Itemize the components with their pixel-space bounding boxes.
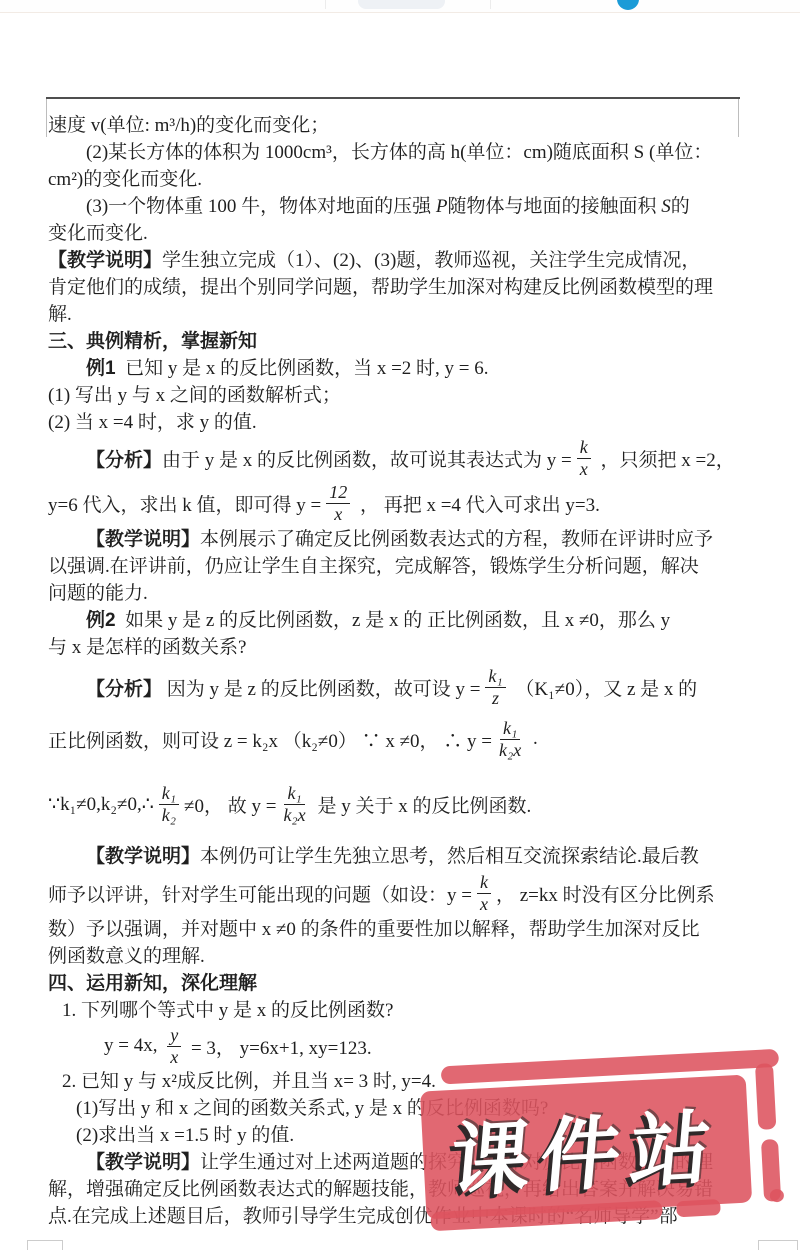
doc-line: 速度 v(单位: m³/h)的变化而变化； xyxy=(48,112,748,139)
line-text: (2) 当 x =4 时，求 y 的值. xyxy=(48,412,257,433)
line-text: 与 x 是怎样的函数关系? xyxy=(48,637,246,658)
avatar[interactable] xyxy=(617,0,639,10)
line-text: 问题的能力. xyxy=(48,583,148,604)
section-heading: 四、运用新知，深化理解 xyxy=(48,970,748,997)
fraction-denominator: k₂ xyxy=(160,805,178,825)
next-page-corner-left xyxy=(27,1240,63,1250)
line-text: 变化而变化. xyxy=(48,223,148,244)
doc-line: 以强调.在评讲前，仍应让学生自主探究，完成解答，锻炼学生分析问题，解决 xyxy=(48,553,748,580)
line-text: = 3， y=6x+1, xy=123. xyxy=(186,1033,371,1060)
stamp-dot xyxy=(770,1189,785,1203)
line-text: ∵k₁≠0,k₂≠0,∴ xyxy=(48,793,154,816)
fraction: k₁k₂x xyxy=(281,783,307,824)
bold-label: 【分析】 xyxy=(86,674,162,701)
line-text: 三、典例精析，掌握新知 xyxy=(48,331,257,352)
page-left-edge xyxy=(46,99,47,137)
line-text: 数）予以强调，并对题中 x ≠0 的条件的重要性加以解释，帮助学生加深对反比 xyxy=(48,919,700,940)
line-text: (1) 写出 y 与 x 之间的函数解析式； xyxy=(48,385,341,406)
bold-label: 【教学说明】 xyxy=(86,846,200,867)
fraction-numerator: k₁ xyxy=(159,783,179,804)
fraction-numerator: k xyxy=(477,872,491,893)
doc-line: (1)写出 y 和 x 之间的函数关系式, y 是 x 的反比例函数吗? xyxy=(48,1095,748,1122)
bold-label: 【教学说明】 xyxy=(86,529,200,550)
fraction-numerator: k₁ xyxy=(485,666,505,687)
doc-line: 问题的能力. xyxy=(48,580,748,607)
doc-line: 肯定他们的成绩，提出个别同学问题，帮助学生加深对构建反比例函数模型的理 xyxy=(48,274,748,301)
doc-line: 【教学说明】让学生通过对上述两道题的探究，加深对反比例函数意义的理 xyxy=(48,1149,748,1176)
fraction-denominator: k₂x xyxy=(497,740,523,760)
doc-line: (2)某长方体的体积为 1000cm³，长方体的高 h(单位：cm)随底面积 S… xyxy=(48,139,748,166)
doc-line-formula: 正比例函数，则可设 z = k₂x （k₂≠0） ∵ x ≠0， ∴ y =k₁… xyxy=(48,713,748,765)
line-text: 速度 v(单位: m³/h)的变化而变化； xyxy=(48,115,329,136)
fraction-denominator: x xyxy=(478,894,490,914)
fraction-numerator: k₁ xyxy=(284,783,304,804)
line-text: y=6 代入，求出 k 值，即可得 y = xyxy=(48,490,321,517)
line-text: cm²)的变化而变化. xyxy=(48,169,202,190)
line-text: (3)一个物体重 100 牛，物体对地面的压强 xyxy=(86,196,436,217)
fraction: k₁k₂x xyxy=(497,718,523,759)
line-text: 解，增强确定反比例函数表达式的解题技能，教师巡视，再给出答案并解决易错 xyxy=(48,1179,713,1200)
fraction: k₁z xyxy=(485,666,505,707)
line-text: . xyxy=(528,728,538,750)
line-text: 肯定他们的成绩，提出个别同学问题，帮助学生加深对构建反比例函数模型的理 xyxy=(48,277,713,298)
line-text: 1. 下列哪个等式中 y 是 x 的反比例函数? xyxy=(62,1000,393,1021)
fraction-denominator: x xyxy=(578,459,590,479)
line-text: 本例仍可让学生先独立思考，然后相互交流探索结论.最后教 xyxy=(200,846,699,867)
chrome-separator xyxy=(325,0,326,9)
doc-line: 【教学说明】本例仍可让学生先独立思考，然后相互交流探索结论.最后教 xyxy=(48,843,748,870)
fraction-denominator: k₂x xyxy=(281,805,307,825)
fraction: yx xyxy=(167,1025,181,1066)
doc-line: (3)一个物体重 100 牛，物体对地面的压强 P随物体与地面的接触面积 S的 xyxy=(48,193,748,220)
page-top-border xyxy=(46,97,740,99)
stamp-border-right xyxy=(761,1139,781,1202)
chrome-separator xyxy=(490,0,491,9)
line-text: ，只须把 x =2， xyxy=(596,445,735,472)
line-text: ， z=kx 时没有区分比例系 xyxy=(496,880,715,907)
doc-line: 例1 已知 y 是 x 的反比例函数，当 x =2 时, y = 6. xyxy=(48,355,748,382)
line-text: （K₁≠0），又 z 是 x 的 xyxy=(511,674,697,701)
line-text: 的 xyxy=(671,196,690,217)
doc-line-formula: y=6 代入，求出 k 值，即可得 y =12x ， 再把 x =4 代入可求出… xyxy=(48,480,748,526)
doc-line: (2) 当 x =4 时，求 y 的值. xyxy=(48,409,748,436)
line-text: 点.在完成上述题目后，教师引导学生完成创优作业中本课时的“名师导学”部 xyxy=(48,1206,678,1227)
line-text: (2)求出当 x =1.5 时 y 的值. xyxy=(76,1125,294,1146)
line-text: 2. 已知 y 与 x²成反比例，并且当 x= 3 时, y=4. xyxy=(62,1071,436,1092)
screen: 速度 v(单位: m³/h)的变化而变化； (2)某长方体的体积为 1000cm… xyxy=(0,0,800,1250)
fraction-numerator: k xyxy=(577,437,591,458)
doc-line: (2)求出当 x =1.5 时 y 的值. xyxy=(48,1122,748,1149)
doc-line: 数）予以强调，并对题中 x ≠0 的条件的重要性加以解释，帮助学生加深对反比 xyxy=(48,916,748,943)
doc-line: 与 x 是怎样的函数关系? xyxy=(48,634,748,661)
line-text: 解. xyxy=(48,304,72,325)
doc-line: (1) 写出 y 与 x 之间的函数解析式； xyxy=(48,382,748,409)
bold-label: 【教学说明】 xyxy=(48,250,162,271)
bold-label: 【教学说明】 xyxy=(86,1152,200,1173)
line-text: y = 4x, xyxy=(104,1035,162,1057)
line-text: 已知 y 是 x 的反比例函数，当 x =2 时, y = 6. xyxy=(116,358,489,379)
line-text: (1)写出 y 和 x 之间的函数关系式, y 是 x 的反比例函数吗? xyxy=(76,1098,548,1119)
doc-line: 例函数意义的理解. xyxy=(48,943,748,970)
line-text: 例函数意义的理解. xyxy=(48,946,205,967)
line-text: 是 y 关于 x 的反比例函数. xyxy=(313,791,532,818)
doc-line: 变化而变化. xyxy=(48,220,748,247)
doc-line: 解. xyxy=(48,301,748,328)
document-body: 速度 v(单位: m³/h)的变化而变化； (2)某长方体的体积为 1000cm… xyxy=(48,112,748,1230)
fraction-denominator: x xyxy=(332,504,344,524)
fraction-numerator: 12 xyxy=(326,482,350,503)
line-text: ， 再把 x =4 代入可求出 y=3. xyxy=(355,490,600,517)
math-var: S xyxy=(661,196,671,217)
doc-line: 1. 下列哪个等式中 y 是 x 的反比例函数? xyxy=(48,997,748,1024)
line-text: 四、运用新知，深化理解 xyxy=(48,973,257,994)
stamp-border-right xyxy=(755,1063,776,1130)
doc-line-formula: y = 4x, yx = 3， y=6x+1, xy=123. xyxy=(48,1024,748,1068)
line-text: 学生独立完成（1）、(2)、(3)题，教师巡视，关注学生完成情况， xyxy=(162,250,700,271)
line-text: ≠0， 故 y = xyxy=(184,791,276,818)
fraction: kx xyxy=(577,437,591,478)
fraction-numerator: k₁ xyxy=(500,718,520,739)
math-var: P xyxy=(436,196,448,217)
line-text: (2)某长方体的体积为 1000cm³，长方体的高 h(单位：cm)随底面积 S… xyxy=(86,142,712,163)
doc-line: 2. 已知 y 与 x²成反比例，并且当 x= 3 时, y=4. xyxy=(48,1068,748,1095)
fraction-denominator: z xyxy=(490,688,501,708)
doc-line-formula: 师予以评讲，针对学生可能出现的问题（如设：y =kx， z=kx 时没有区分比例… xyxy=(48,870,748,916)
bold-label: 【分析】 xyxy=(86,445,162,472)
doc-line-formula: ∵k₁≠0,k₂≠0,∴k₁k₂≠0， 故 y =k₁k₂x 是 y 关于 x … xyxy=(48,777,748,831)
fraction: k₁k₂ xyxy=(159,783,179,824)
doc-line: 【教学说明】本例展示了确定反比例函数表达式的方程，教师在评讲时应予 xyxy=(48,526,748,553)
fraction-numerator: y xyxy=(167,1025,181,1046)
fraction-denominator: x xyxy=(168,1047,180,1067)
line-text: 师予以评讲，针对学生可能出现的问题（如设：y = xyxy=(48,880,472,907)
line-text: 由于 y 是 x 的反比例函数，故可说其表达式为 y = xyxy=(162,445,572,472)
doc-line-formula: 【分析】 因为 y 是 z 的反比例函数，故可设 y =k₁z （K₁≠0），又… xyxy=(48,661,748,713)
fraction: kx xyxy=(477,872,491,913)
example-label: 例2 xyxy=(86,610,116,631)
doc-line: 例2 如果 y 是 z 的反比例函数，z 是 x 的 正比例函数，且 x ≠0，… xyxy=(48,607,748,634)
doc-line: cm²)的变化而变化. xyxy=(48,166,748,193)
doc-line: 解，增强确定反比例函数表达式的解题技能，教师巡视，再给出答案并解决易错 xyxy=(48,1176,748,1203)
line-text: 因为 y 是 z 的反比例函数，故可设 y = xyxy=(162,674,480,701)
example-label: 例1 xyxy=(86,358,116,379)
line-text: 随物体与地面的接触面积 xyxy=(448,196,662,217)
doc-line: 【教学说明】学生独立完成（1）、(2)、(3)题，教师巡视，关注学生完成情况， xyxy=(48,247,748,274)
tab-pill[interactable] xyxy=(358,0,445,9)
line-text: 以强调.在评讲前，仍应让学生自主探究，完成解答，锻炼学生分析问题，解决 xyxy=(48,556,699,577)
next-page-corner-right xyxy=(758,1240,798,1250)
fraction: 12x xyxy=(326,482,350,523)
line-text: 正比例函数，则可设 z = k₂x （k₂≠0） ∵ x ≠0， ∴ y = xyxy=(48,726,492,753)
section-heading: 三、典例精析，掌握新知 xyxy=(48,328,748,355)
line-text: 如果 y 是 z 的反比例函数，z 是 x 的 正比例函数，且 x ≠0，那么 … xyxy=(116,610,671,631)
browser-chrome-strip xyxy=(0,0,800,13)
line-text: 本例展示了确定反比例函数表达式的方程，教师在评讲时应予 xyxy=(200,529,713,550)
doc-line: 点.在完成上述题目后，教师引导学生完成创优作业中本课时的“名师导学”部 xyxy=(48,1203,748,1230)
doc-line-formula: 【分析】由于 y 是 x 的反比例函数，故可说其表达式为 y =kx ，只须把 … xyxy=(48,436,748,480)
line-text: 让学生通过对上述两道题的探究，加深对反比例函数意义的理 xyxy=(200,1152,713,1173)
